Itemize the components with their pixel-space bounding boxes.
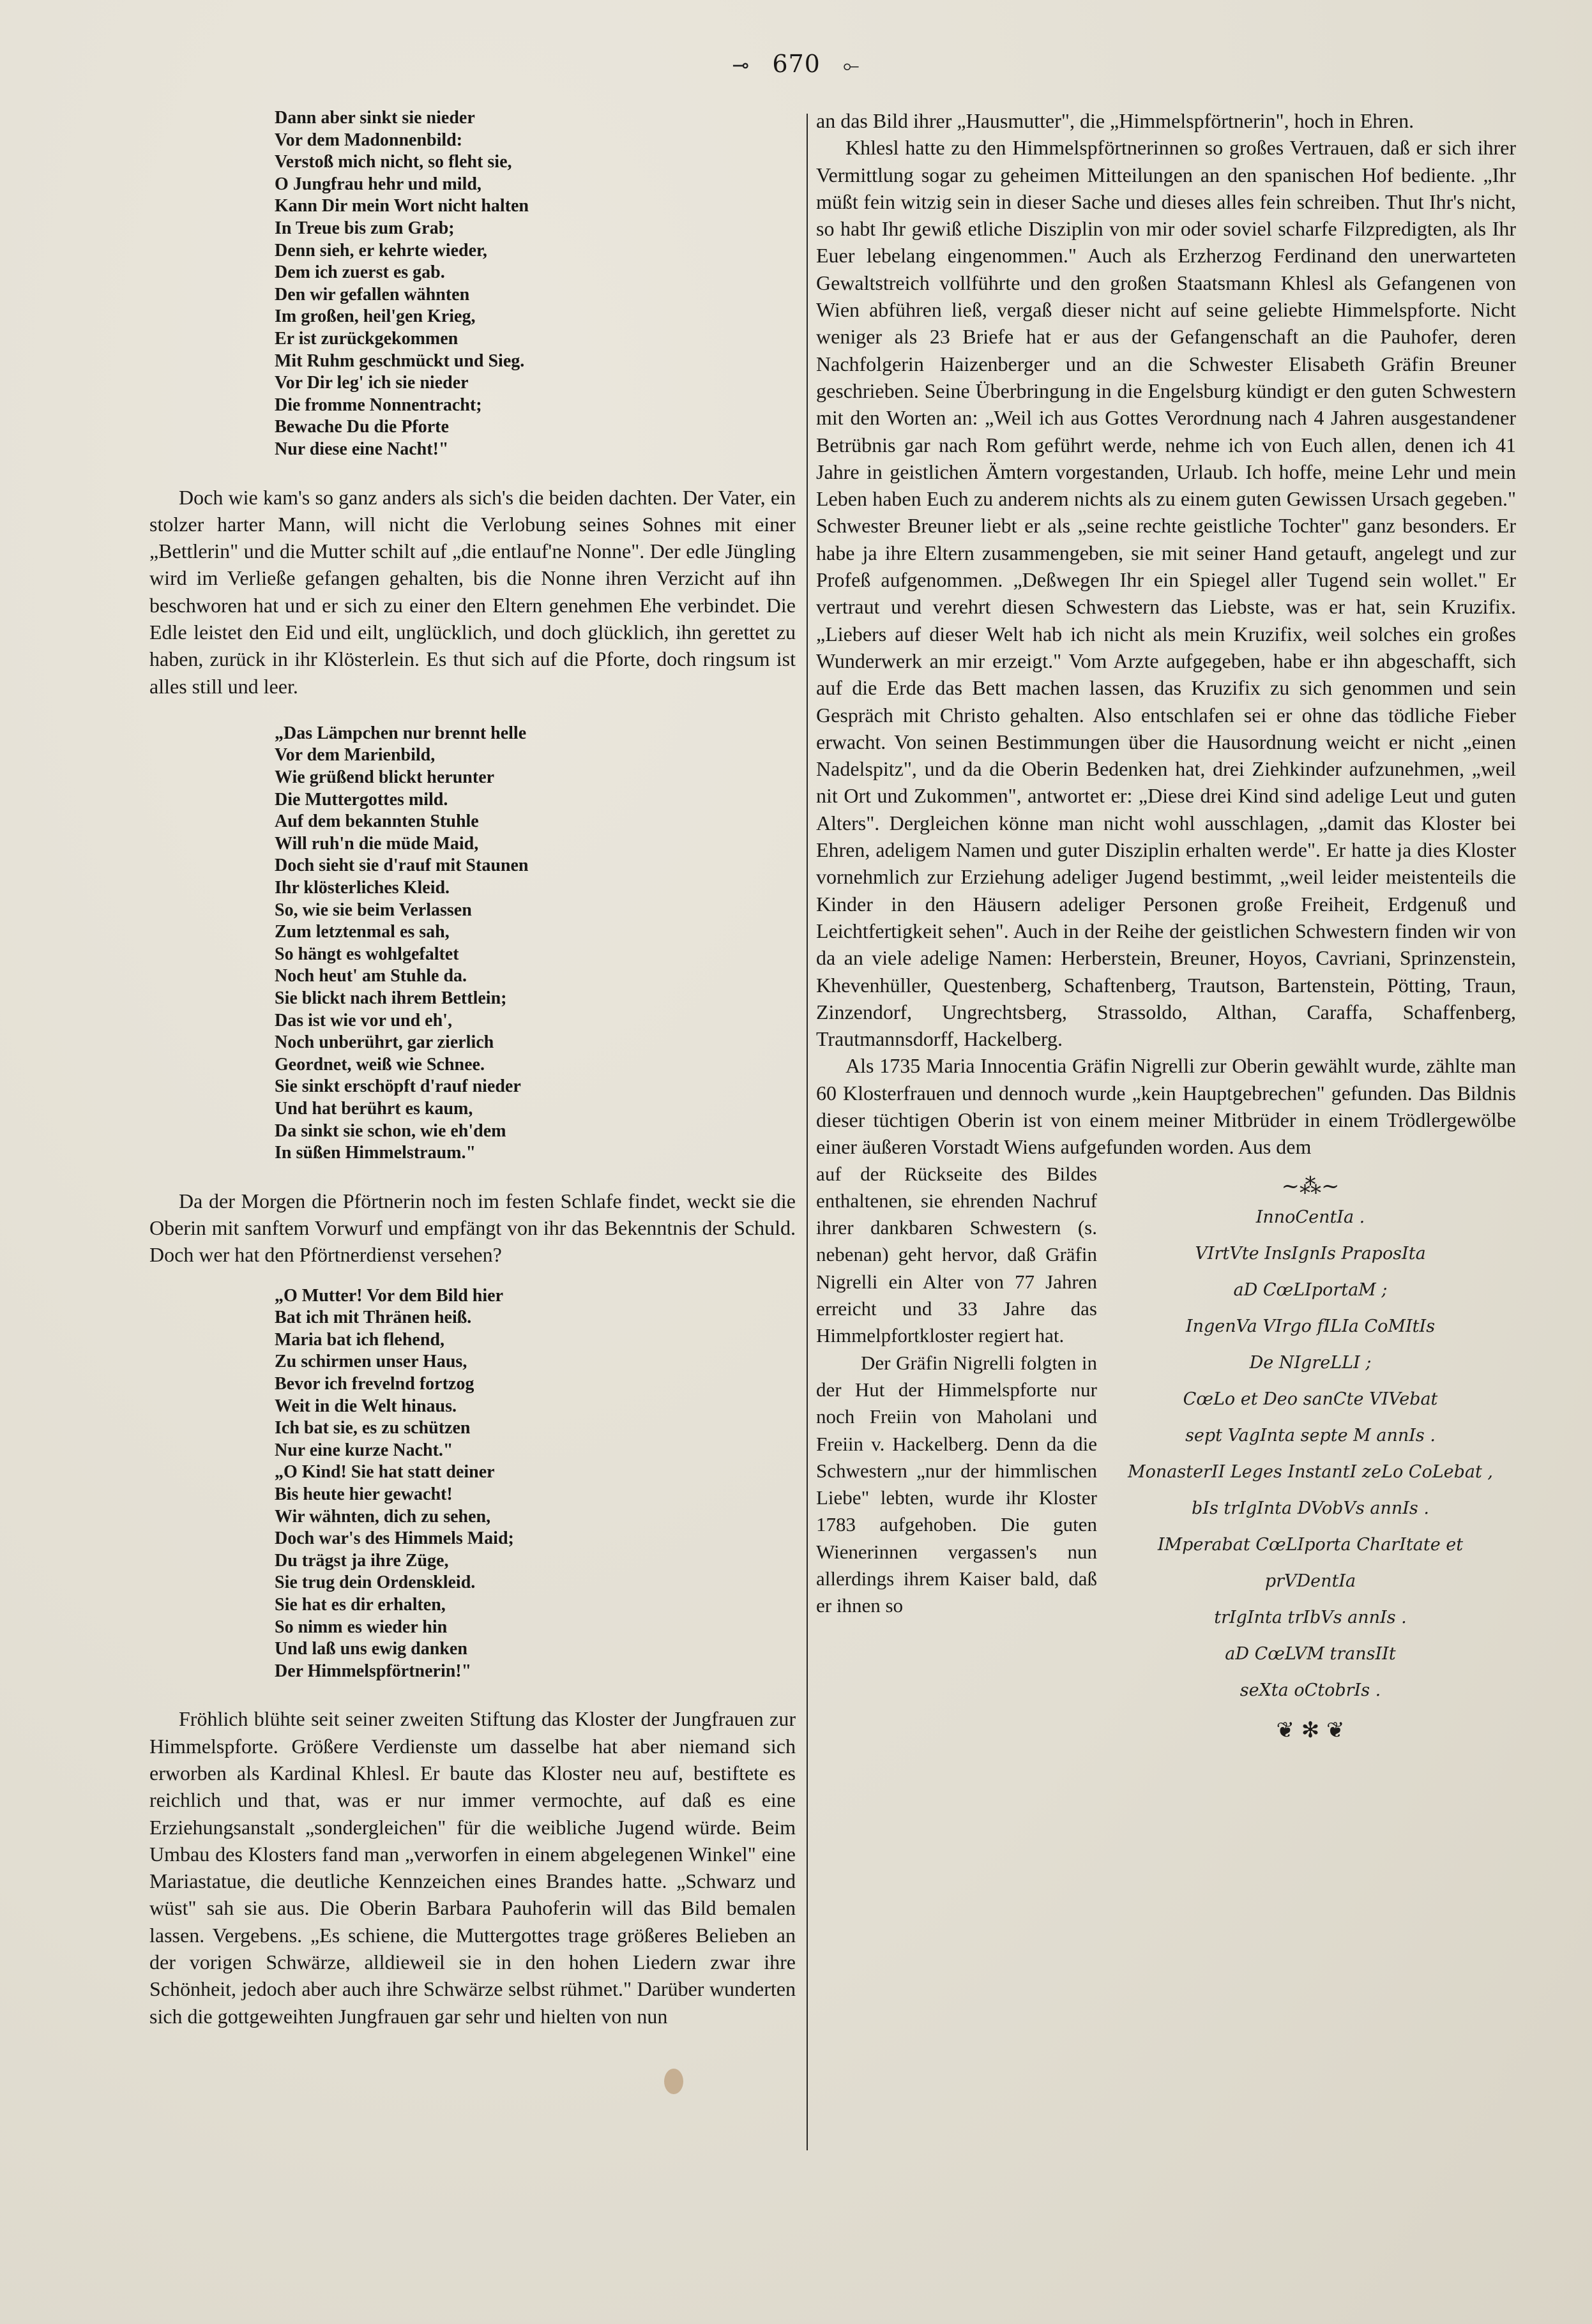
poem-line: Auf dem bekannten Stuhle bbox=[275, 811, 796, 833]
poem-line: Dann aber sinkt sie nieder bbox=[275, 107, 796, 130]
poem-line: O Jungfrau hehr und mild, bbox=[275, 174, 796, 196]
poem-line: Sie trug dein Ordenskleid. bbox=[275, 1572, 796, 1594]
poem-line: Und laß uns ewig danken bbox=[275, 1638, 796, 1661]
poem-line: Er ist zurückgekommen bbox=[275, 328, 796, 351]
poem-line: So nimm es wieder hin bbox=[275, 1617, 796, 1639]
inscription-line: IMperabat CœLIporta CharItate et prVDent… bbox=[1112, 1527, 1508, 1599]
left-column: Dann aber sinkt sie niederVor dem Madonn… bbox=[149, 107, 796, 2030]
inscription-line: sept VagInta septe M annIs . bbox=[1112, 1417, 1508, 1454]
poem-line: Und hat berührt es kaum, bbox=[275, 1098, 796, 1120]
paragraph-father-refusal: Doch wie kam's so ganz anders als sich's… bbox=[149, 484, 796, 700]
poem-line: Ihr klösterliches Kleid. bbox=[275, 877, 796, 900]
right-column: an das Bild ihrer „Hausmutter", die „Him… bbox=[816, 107, 1516, 1749]
poem-line: Wir wähnten, dich zu sehen, bbox=[275, 1506, 796, 1528]
poem-line: Bat ich mit Thränen heiß. bbox=[275, 1307, 796, 1329]
paragraph-epitaph-reference: auf der Rückseite des Bildes enthaltenen… bbox=[816, 1161, 1097, 1350]
flourish-top-icon: ~⁂~ bbox=[1112, 1173, 1508, 1199]
poem-line: Weit in die Welt hinaus. bbox=[275, 1396, 796, 1418]
poem-line: Doch war's des Himmels Maid; bbox=[275, 1528, 796, 1550]
page-number: 670 bbox=[772, 50, 821, 78]
poem-mother-dialogue: „O Mutter! Vor dem Bild hierBat ich mit … bbox=[275, 1285, 796, 1683]
inscription-line: aD CœLVM transIIt bbox=[1112, 1636, 1508, 1672]
poem-line: Den wir gefallen wähnten bbox=[275, 284, 796, 306]
poem-line: Das ist wie vor und eh', bbox=[275, 1010, 796, 1032]
paragraph-hausmutter: an das Bild ihrer „Hausmutter", die „Him… bbox=[816, 107, 1516, 134]
paper-stain bbox=[664, 2069, 683, 2094]
poem-line: Sie sinkt erschöpft d'rauf nieder bbox=[275, 1076, 796, 1098]
poem-line: Zum letztenmal es sah, bbox=[275, 921, 796, 944]
poem-line: Der Himmelspförtnerin!" bbox=[275, 1661, 796, 1683]
poem-line: In süßen Himmelstraum." bbox=[275, 1142, 796, 1165]
inscription-line: MonasterII Leges InstantI zeLo CoLebat , bbox=[1112, 1454, 1508, 1490]
poem-line: Geordnet, weiß wie Schnee. bbox=[275, 1054, 796, 1076]
poem-line: „O Kind! Sie hat statt deiner bbox=[275, 1461, 796, 1484]
poem-line: Im großen, heil'gen Krieg, bbox=[275, 306, 796, 328]
poem-line: Zu schirmen unser Haus, bbox=[275, 1351, 796, 1373]
poem-line: Ich bat sie, es zu schützen bbox=[275, 1417, 796, 1440]
inscription-line: InnoCentIa . bbox=[1112, 1199, 1508, 1235]
ornament-right-icon: ⟜ bbox=[843, 53, 860, 77]
poem-line: Nur diese eine Nacht!" bbox=[275, 439, 796, 461]
poem-nun-prayer: Dann aber sinkt sie niederVor dem Madonn… bbox=[275, 107, 796, 461]
inscription-line: seXta oCtobrIs . bbox=[1112, 1672, 1508, 1709]
poem-line: „Das Lämpchen nur brennt helle bbox=[275, 723, 796, 745]
inscription-line: De NIgreLLI ; bbox=[1112, 1345, 1508, 1381]
poem-line: Vor dem Marienbild, bbox=[275, 744, 796, 767]
poem-line: Vor dem Madonnenbild: bbox=[275, 130, 796, 152]
poem-line: Verstoß mich nicht, so fleht sie, bbox=[275, 151, 796, 174]
poem-line: Wie grüßend blickt herunter bbox=[275, 767, 796, 789]
poem-line: So, wie sie beim Verlassen bbox=[275, 900, 796, 922]
poem-line: Nur eine kurze Nacht." bbox=[275, 1440, 796, 1462]
poem-line: „O Mutter! Vor dem Bild hier bbox=[275, 1285, 796, 1308]
paragraph-successors: Der Gräfin Nigrelli folgten in der Hut d… bbox=[816, 1350, 1097, 1620]
paragraph-khlesl-rebuild: Fröhlich blühte seit seiner zweiten Stif… bbox=[149, 1705, 796, 2030]
poem-line: So hängt es wohlgefaltet bbox=[275, 944, 796, 966]
poem-line: Sie hat es dir erhalten, bbox=[275, 1594, 796, 1617]
poem-line: Die Muttergottes mild. bbox=[275, 789, 796, 811]
poem-line: Dem ich zuerst es gab. bbox=[275, 262, 796, 284]
column-divider bbox=[807, 114, 808, 2150]
page-header: ⊸ 670 ⟜ bbox=[0, 50, 1592, 78]
poem-lamp: „Das Lämpchen nur brennt helleVor dem Ma… bbox=[275, 723, 796, 1165]
inscription-line: VIrtVte InsIgnIs PraposIta bbox=[1112, 1235, 1508, 1272]
inscription-line: trIgInta trIbVs annIs . bbox=[1112, 1599, 1508, 1636]
poem-line: In Treue bis zum Grab; bbox=[275, 218, 796, 240]
poem-line: Denn sieh, er kehrte wieder, bbox=[275, 240, 796, 262]
latin-inscription: ~⁂~ InnoCentIa .VIrtVte InsIgnIs PraposI… bbox=[1112, 1161, 1508, 1749]
poem-line: Bis heute hier gewacht! bbox=[275, 1484, 796, 1506]
paragraph-morning: Da der Morgen die Pförtnerin noch im fes… bbox=[149, 1188, 796, 1269]
ornament-left-icon: ⊸ bbox=[732, 53, 750, 77]
inscription-line: CœLo et Deo sanCte VIVebat bbox=[1112, 1381, 1508, 1417]
poem-line: Noch unberührt, gar zierlich bbox=[275, 1032, 796, 1054]
poem-line: Sie blickt nach ihrem Bettlein; bbox=[275, 988, 796, 1010]
poem-line: Die fromme Nonnentracht; bbox=[275, 395, 796, 417]
flourish-bottom-icon: ❦ ✻ ❦ bbox=[1112, 1712, 1508, 1749]
inscription-line: bIs trIgInta DVobVs annIs . bbox=[1112, 1490, 1508, 1527]
poem-line: Bewache Du die Pforte bbox=[275, 416, 796, 439]
poem-line: Kann Dir mein Wort nicht halten bbox=[275, 195, 796, 218]
poem-line: Doch sieht sie d'rauf mit Staunen bbox=[275, 855, 796, 877]
poem-line: Du trägst ja ihre Züge, bbox=[275, 1550, 796, 1573]
narrow-text-column: auf der Rückseite des Bildes enthaltenen… bbox=[816, 1161, 1097, 1749]
poem-line: Noch heut' am Stuhle da. bbox=[275, 965, 796, 988]
paragraph-khlesl-letters: Khlesl hatte zu den Himmelspförtnerinnen… bbox=[816, 134, 1516, 1052]
poem-line: Will ruh'n die müde Maid, bbox=[275, 833, 796, 856]
poem-line: Mit Ruhm geschmückt und Sieg. bbox=[275, 351, 796, 373]
poem-line: Vor Dir leg' ich sie nieder bbox=[275, 372, 796, 395]
poem-line: Maria bat ich flehend, bbox=[275, 1329, 796, 1352]
paragraph-nigrelli: Als 1735 Maria Innocentia Gräfin Nigrell… bbox=[816, 1052, 1516, 1160]
poem-line: Bevor ich frevelnd fortzog bbox=[275, 1373, 796, 1396]
lower-section: auf der Rückseite des Bildes enthaltenen… bbox=[816, 1161, 1516, 1749]
inscription-line: IngenVa VIrgo fILIa CoMItIs bbox=[1112, 1308, 1508, 1345]
inscription-line: aD CœLIportaM ; bbox=[1112, 1272, 1508, 1308]
poem-line: Da sinkt sie schon, wie eh'dem bbox=[275, 1120, 796, 1143]
